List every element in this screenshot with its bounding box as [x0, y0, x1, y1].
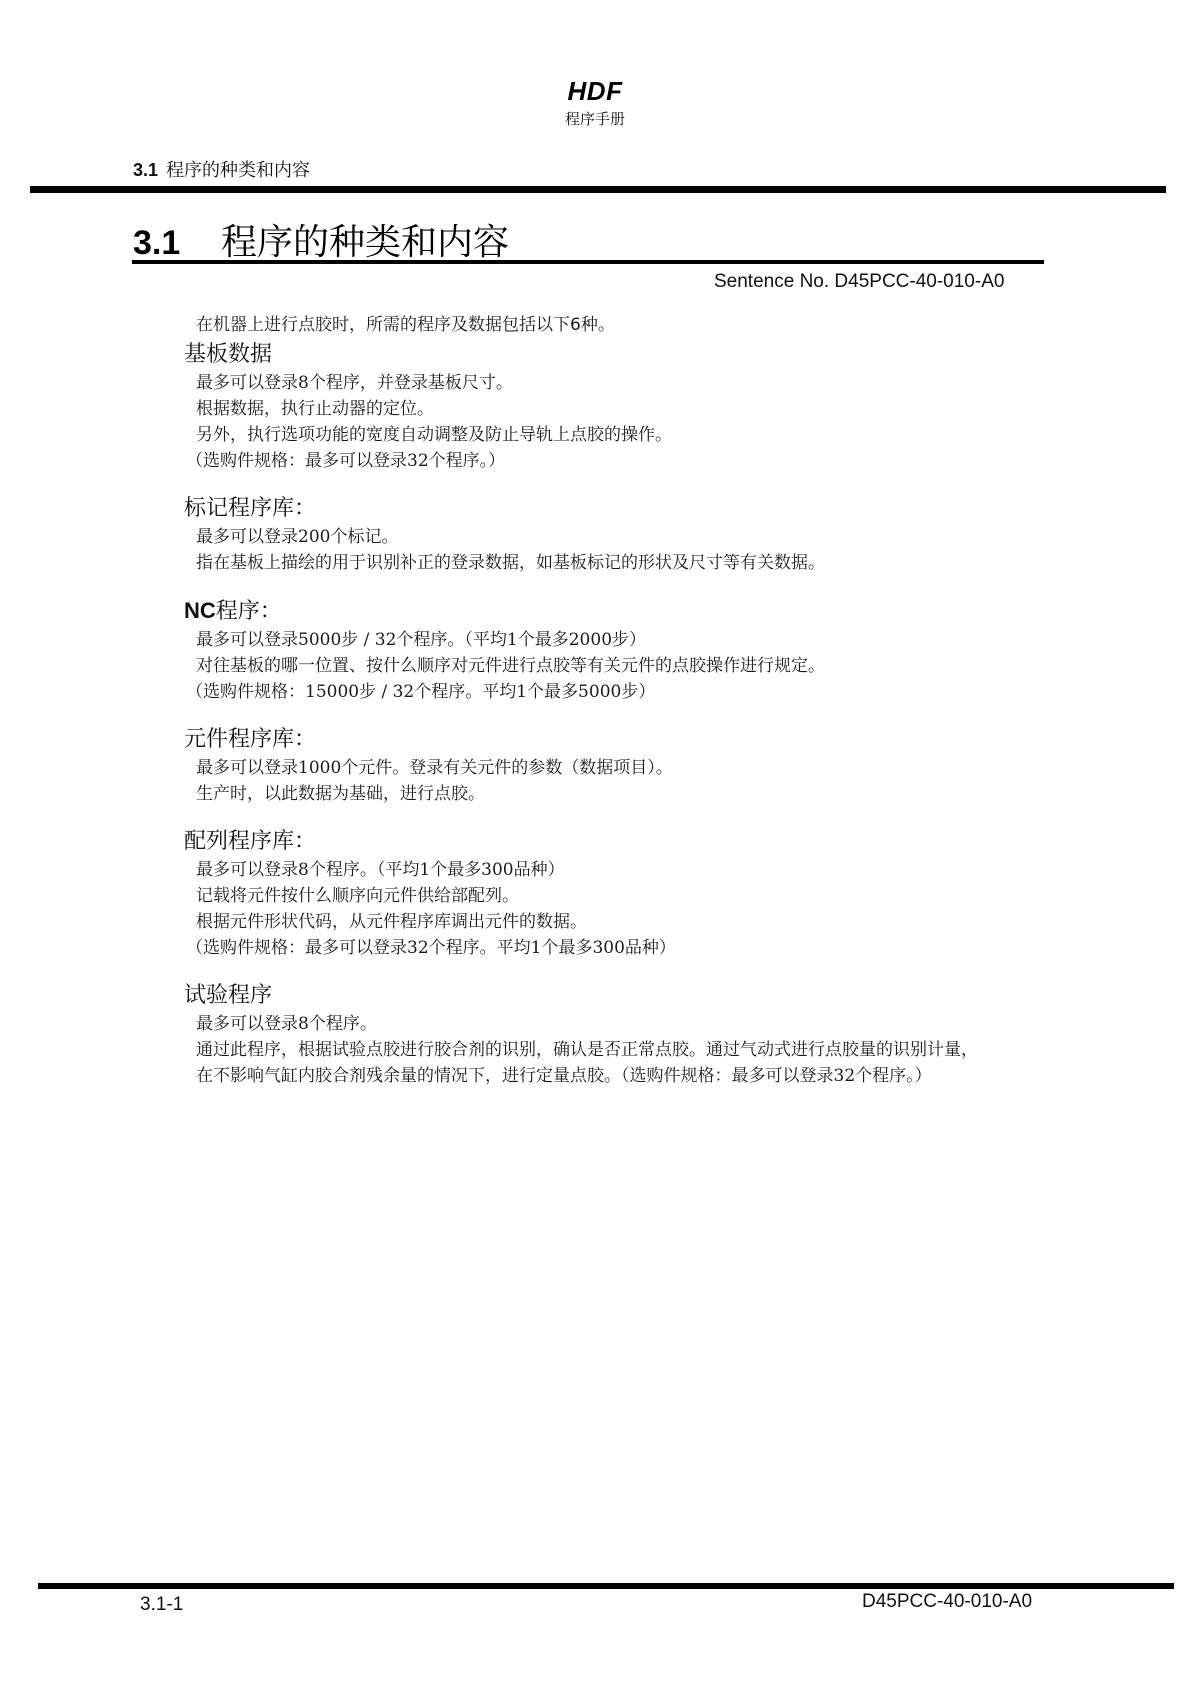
header-divider [30, 186, 1166, 193]
intro-paragraph: 在机器上进行点胶时，所需的程序及数据包括以下6种。 [196, 312, 1134, 338]
section-heading-prefix: NC [184, 598, 216, 623]
page-number: 3.1-1 [140, 1594, 183, 1616]
section-line: 根据元件形状代码，从元件程序库调出元件的数据。 [196, 909, 1134, 935]
section-arrangement-library: 配列程序库： 最多可以登录8个程序。（平均1个最多300品种） 记载将元件按什么… [184, 827, 1134, 961]
section-line: 最多可以登录1000个元件。登录有关元件的参数（数据项目）。 [196, 755, 1134, 781]
section-title: 程序的种类和内容 [221, 222, 509, 263]
brand-logo: HDF [0, 76, 1190, 107]
section-line: 最多可以登录8个程序。 [196, 1011, 1134, 1037]
footer-divider [38, 1583, 1174, 1589]
section-test-program: 试验程序 最多可以登录8个程序。 通过此程序，根据试验点胶进行胶合剂的识别，确认… [184, 981, 1134, 1089]
section-line: 另外，执行选项功能的宽度自动调整及防止导轨上点胶的操作。 [196, 422, 1134, 448]
document-body: 在机器上进行点胶时，所需的程序及数据包括以下6种。 基板数据 最多可以登录8个程… [184, 312, 1134, 1089]
section-line: （选购件规格：最多可以登录32个程序。） [186, 448, 1134, 474]
section-line: 最多可以登录8个程序。（平均1个最多300品种） [196, 857, 1134, 883]
section-line: 对往基板的哪一位置、按什么顺序对元件进行点胶等有关元件的点胶操作进行规定。 [196, 653, 1134, 679]
section-heading: NC程序： [184, 596, 1134, 627]
section-nc-program: NC程序： 最多可以登录5000步 / 32个程序。（平均1个最多2000步） … [184, 596, 1134, 705]
section-line: （选购件规格：最多可以登录32个程序。平均1个最多300品种） [186, 935, 1134, 961]
title-underline [132, 260, 1044, 264]
section-line: 通过此程序，根据试验点胶进行胶合剂的识别，确认是否正常点胶。通过气动式进行点胶量… [196, 1037, 1134, 1063]
manual-subtitle: 程序手册 [0, 108, 1190, 129]
section-part-library: 元件程序库： 最多可以登录1000个元件。登录有关元件的参数（数据项目）。 生产… [184, 725, 1134, 807]
running-head: 3.1程序的种类和内容 [133, 156, 310, 182]
section-line: 指在基板上描绘的用于识别补正的登录数据，如基板标记的形状及尺寸等有关数据。 [196, 550, 1134, 576]
page-title: 3.1程序的种类和内容 [133, 214, 509, 265]
section-heading-text: 程序： [216, 599, 282, 624]
document-code: D45PCC-40-010-A0 [862, 1591, 1032, 1613]
section-heading: 标记程序库： [184, 494, 1134, 524]
running-head-text: 程序的种类和内容 [166, 160, 310, 181]
section-line: 最多可以登录200个标记。 [196, 524, 1134, 550]
section-number: 3.1 [133, 224, 221, 263]
sentence-number: Sentence No. D45PCC-40-010-A0 [714, 271, 1004, 293]
section-heading: 元件程序库： [184, 725, 1134, 755]
section-heading: 配列程序库： [184, 827, 1134, 857]
section-line: 最多可以登录5000步 / 32个程序。（平均1个最多2000步） [196, 627, 1134, 653]
section-line: 在不影响气缸内胶合剂残余量的情况下，进行定量点胶。（选购件规格：最多可以登录32… [196, 1063, 1134, 1089]
section-heading: 基板数据 [184, 340, 1134, 370]
section-heading: 试验程序 [184, 981, 1134, 1011]
section-line: 生产时，以此数据为基础，进行点胶。 [196, 781, 1134, 807]
section-line: （选购件规格：15000步 / 32个程序。平均1个最多5000步） [186, 679, 1134, 705]
section-line: 记载将元件按什么顺序向元件供给部配列。 [196, 883, 1134, 909]
section-board-data: 基板数据 最多可以登录8个程序，并登录基板尺寸。 根据数据，执行止动器的定位。 … [184, 340, 1134, 474]
section-mark-library: 标记程序库： 最多可以登录200个标记。 指在基板上描绘的用于识别补正的登录数据… [184, 494, 1134, 576]
section-line: 最多可以登录8个程序，并登录基板尺寸。 [196, 370, 1134, 396]
section-line: 根据数据，执行止动器的定位。 [196, 396, 1134, 422]
running-head-number: 3.1 [133, 160, 158, 180]
